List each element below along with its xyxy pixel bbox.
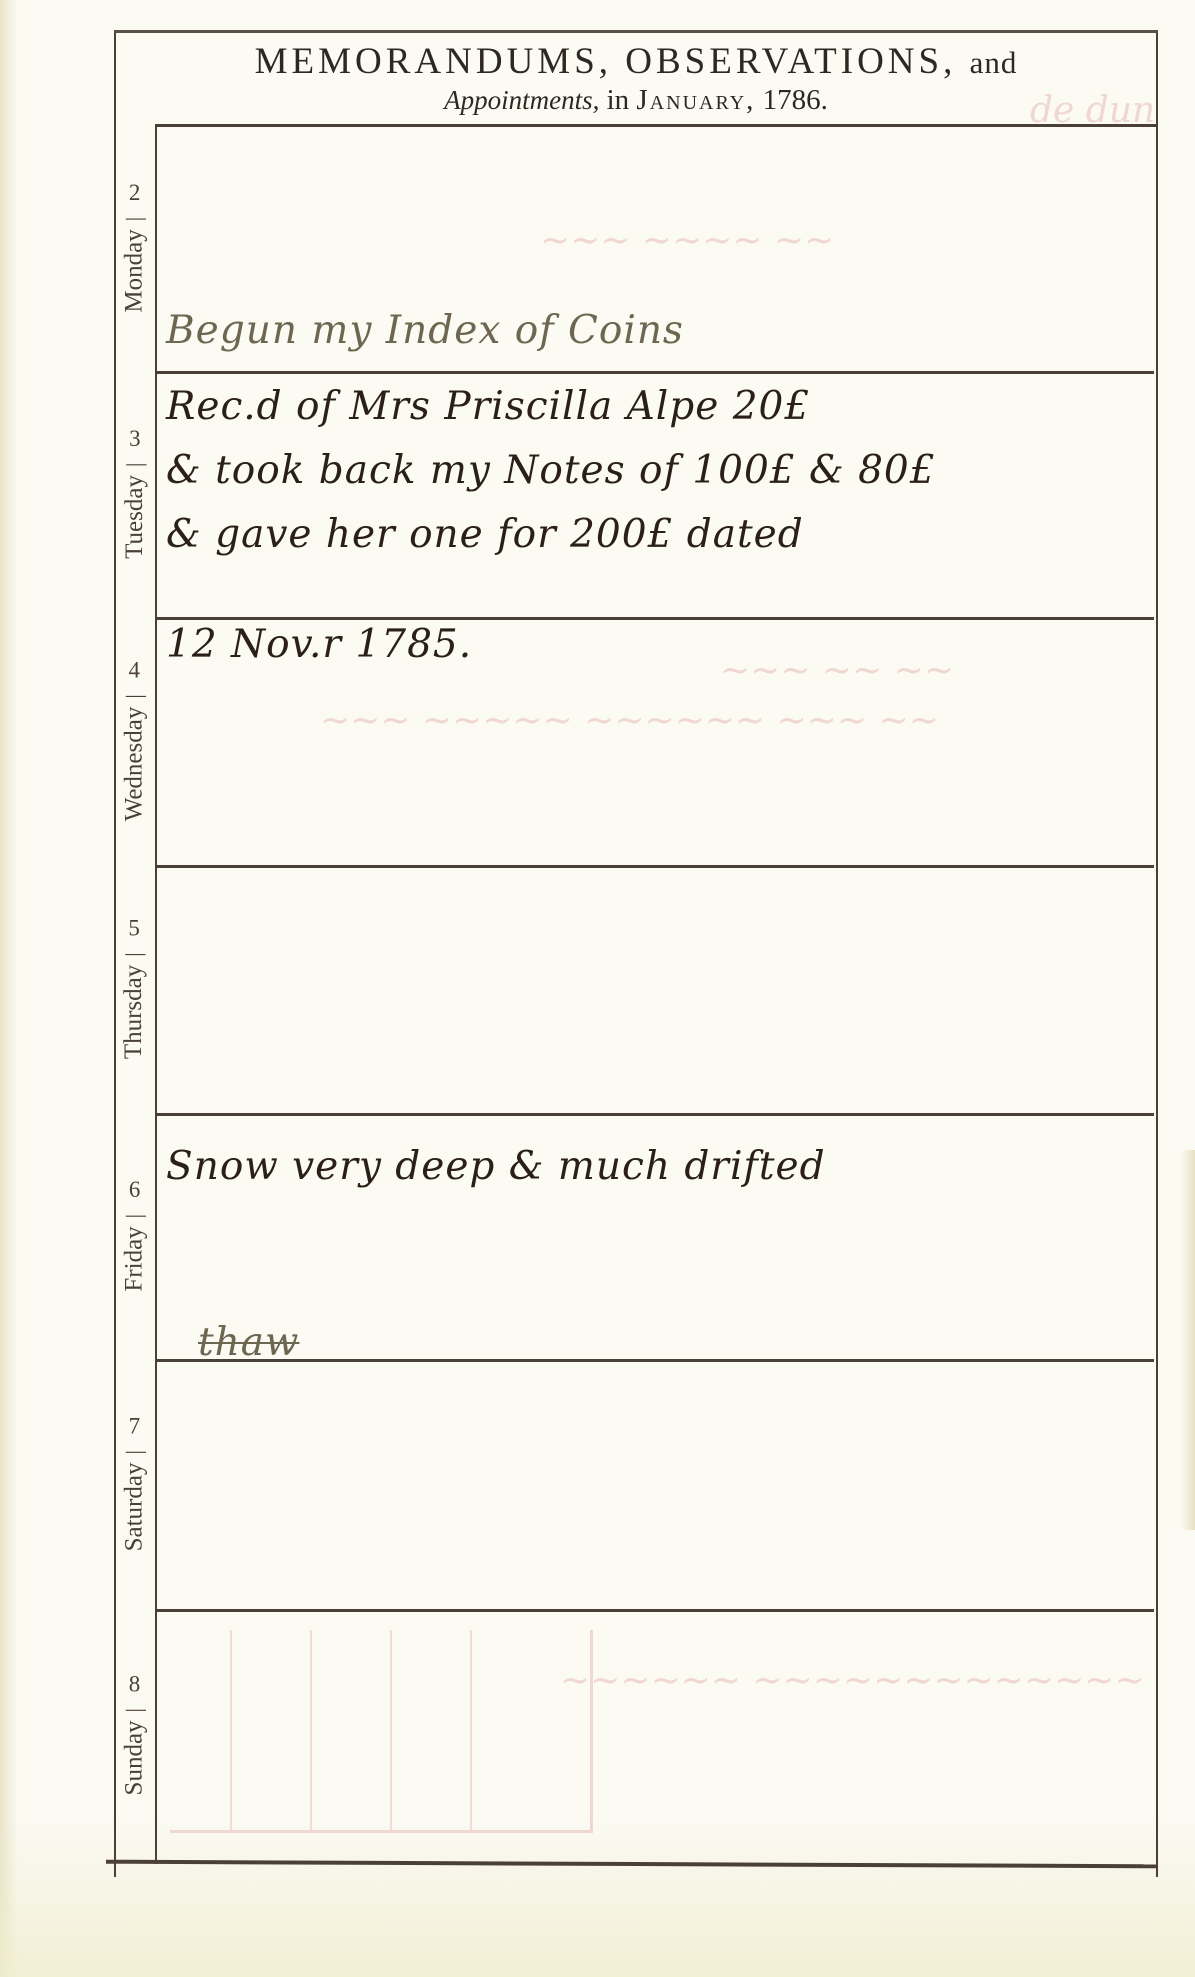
entry-area[interactable] — [166, 1621, 1146, 1841]
entry-area[interactable] — [166, 1371, 1146, 1591]
day-label: Saturday | 7 — [114, 1361, 155, 1611]
day-row-wednesday: Wednesday | 4 12 Nov.r 1785. — [114, 619, 1158, 867]
subtitle-month: January, — [636, 84, 755, 116]
handwritten-entry: & took back my Notes of 100£ & 80£ — [166, 439, 1146, 503]
separator: | — [122, 952, 148, 956]
date-number: 8 — [129, 1671, 141, 1697]
subtitle-in: in — [607, 84, 630, 116]
page-edge — [0, 0, 18, 1977]
weekday-label: Sunday — [121, 1720, 149, 1795]
page-header: MEMORANDUMS, OBSERVATIONS, and Appointme… — [116, 34, 1156, 124]
date-number: 7 — [129, 1413, 141, 1439]
day-label: Monday | 2 — [114, 127, 155, 373]
date-number: 2 — [129, 180, 141, 206]
handwritten-entry: Snow very deep & much drifted — [166, 1135, 1146, 1199]
date-number: 4 — [129, 657, 141, 683]
weekday-label: Thursday — [121, 965, 149, 1059]
entry-area[interactable] — [166, 877, 1146, 1097]
date-number: 5 — [129, 916, 141, 942]
day-row-monday: Monday | 2 Begun my Index of Coins — [114, 127, 1158, 373]
day-label: Sunday | 8 — [114, 1611, 155, 1863]
subtitle-year: 1786. — [763, 84, 828, 116]
entry-area[interactable]: Begun my Index of Coins — [166, 299, 1146, 363]
weekday-label: Wednesday — [121, 707, 149, 822]
day-label: Thursday | 5 — [114, 867, 155, 1115]
weekday-label: Tuesday — [121, 475, 149, 559]
day-label: Wednesday | 4 — [114, 619, 155, 867]
subtitle-appointments: Appointments, — [444, 85, 599, 115]
day-row-saturday: Saturday | 7 — [114, 1361, 1158, 1611]
weekday-label: Saturday — [121, 1463, 149, 1552]
handwritten-entry: Begun my Index of Coins — [166, 299, 1146, 363]
date-number: 6 — [129, 1177, 141, 1203]
page-subtitle: Appointments, in January, 1786. — [116, 85, 1156, 115]
handwritten-entry: Rec.d of Mrs Priscilla Alpe 20£ — [166, 375, 1146, 439]
title-and: and — [970, 45, 1018, 80]
entry-area[interactable]: Rec.d of Mrs Priscilla Alpe 20£ & took b… — [166, 375, 1146, 567]
handwritten-entry-continued: 12 Nov.r 1785. — [166, 613, 1146, 677]
separator: | — [122, 463, 148, 467]
separator: | — [122, 1214, 148, 1218]
title-text: MEMORANDUMS, OBSERVATIONS, — [255, 41, 957, 82]
entry-area[interactable]: 12 Nov.r 1785. — [166, 613, 1146, 677]
handwritten-entry: & gave her one for 200£ dated — [166, 503, 1146, 567]
entry-area[interactable]: Snow very deep & much drifted — [166, 1135, 1146, 1199]
weekday-label: Friday — [121, 1226, 149, 1291]
day-label: Tuesday | 3 — [114, 373, 155, 619]
separator: | — [122, 1708, 148, 1712]
day-row-sunday: Sunday | 8 — [114, 1611, 1158, 1863]
separator: | — [122, 1450, 148, 1454]
separator: | — [122, 694, 148, 698]
page-title: MEMORANDUMS, OBSERVATIONS, and — [116, 40, 1156, 85]
day-label: Friday | 6 — [114, 1115, 155, 1361]
page-edge-right — [1181, 1150, 1195, 1530]
separator: | — [122, 217, 148, 221]
date-number: 3 — [129, 426, 141, 452]
day-row-thursday: Thursday | 5 — [114, 867, 1158, 1115]
frame-top-rule — [114, 30, 1158, 33]
day-row-friday: Friday | 6 Snow very deep & much drifted… — [114, 1115, 1158, 1361]
day-row-tuesday: Tuesday | 3 Rec.d of Mrs Priscilla Alpe … — [114, 373, 1158, 619]
weekday-label: Monday — [121, 229, 149, 312]
